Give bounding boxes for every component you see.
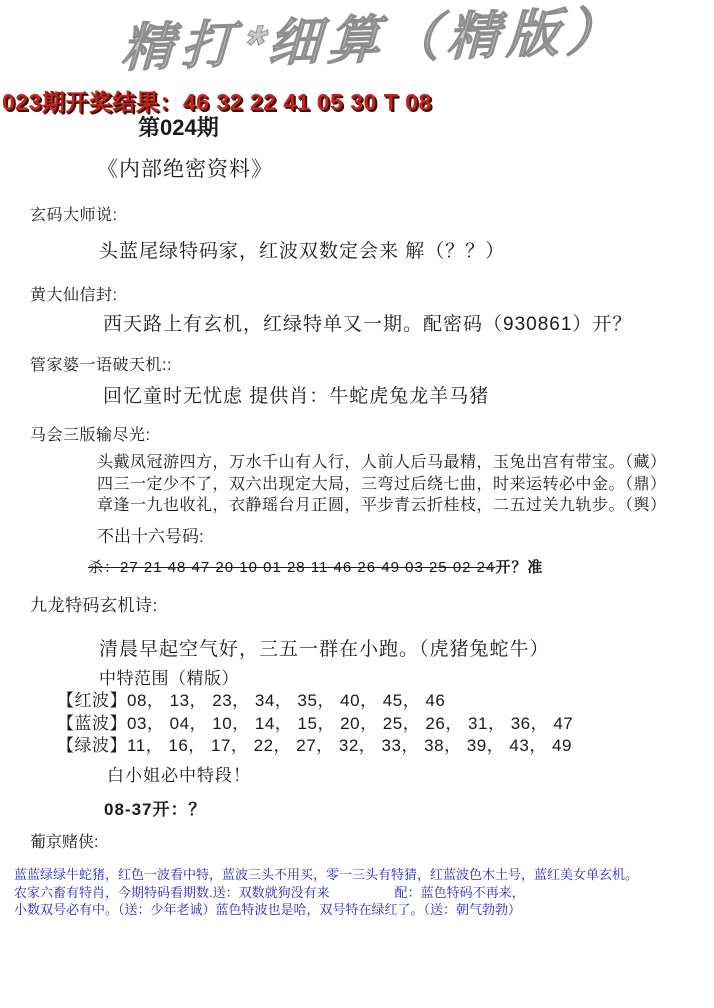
wave-row-blue: 【蓝波】03， 04， 10， 14， 15， 20， 25， 26， 31， … (57, 713, 573, 736)
kill-numbers-line: 杀：27 21 48 47 20 10 01 28 11 46 26 49 03… (88, 556, 543, 577)
poem-line: 章逢一九也收礼，衣静瑶台月正圆，平步青云折桂枝，二五过关九轨步。（舆） (97, 495, 667, 517)
page-title-sketch: 精打*细算（精版） (116, 0, 642, 81)
mahui-poem: 头戴凤冠游四方，万水千山有人行，人前人后马最精，玉兔出宫有带宝。（藏） 四三一定… (97, 452, 667, 517)
issue-number: 第024期 (138, 111, 219, 142)
section-line-huangdaxian: 西天路上有玄机，红绿特单又一期。配密码（930861）开？ (103, 309, 632, 336)
wave-label: 【绿波】 (57, 736, 127, 755)
wave-numbers: 11， 16， 17， 22， 27， 32， 33， 38， 39， 43， … (127, 736, 572, 755)
section-heading-xuanma: 玄码大师说: (30, 202, 117, 225)
section-heading-guanjiapo: 管家婆一语破天机:: (30, 352, 172, 375)
pujing-verse: 蓝蓝绿绿牛蛇猪，红色一波看中特，蓝波三头不用买，零一三头有特猜，红蓝波色木土号，… (14, 866, 638, 919)
section-line-xuanma: 头蓝尾绿特码家，红波双数定会来 解（？？） (99, 236, 505, 263)
wave-label: 【红波】 (57, 691, 127, 710)
secret-material-title: 《内部绝密资料》 (97, 153, 273, 183)
baixiaojie-line: 白小姐必中特段！ (107, 761, 251, 786)
poem-line: 头戴凤冠游四方，万水千山有人行，人前人后马最精，玉兔出宫有带宝。（藏） (97, 452, 667, 474)
section-heading-mahui: 马会三版输尽光: (30, 422, 150, 445)
special-range-open: 08-37开：？ (104, 795, 206, 820)
wave-row-red: 【红波】08， 13， 23， 34， 35， 40， 45， 46 (57, 690, 573, 713)
pujing-line: 小数双号必有中。（送：少年老诚）蓝色特波也是哈，双号特在绿红了。（送：朝气勃勃） (14, 901, 638, 919)
poem-line: 四三一定少不了，双六出现定大局，三弯过后绕七曲，时来运转必中金。（鼎） (97, 474, 667, 496)
section-heading-jiulong: 九龙特码玄机诗: (30, 591, 158, 616)
section-line-jiulong: 清晨早起空气好，三五一群在小跑。（虎猪兔蛇牛） (99, 634, 550, 661)
section-heading-huangdaxian: 黄大仙信封: (30, 282, 117, 305)
section-heading-pujing: 葡京赌侠: (30, 829, 98, 852)
exclude-numbers-subheading: 不出十六号码: (97, 522, 204, 547)
wave-label: 【蓝波】 (57, 714, 127, 733)
wave-numbers: 03， 04， 10， 14， 15， 20， 25， 26， 31， 36， … (127, 714, 573, 733)
lottery-tip-sheet: 精打*细算（精版） 023期开奖结果：46 32 22 41 05 30 T 0… (0, 0, 714, 1008)
wave-numbers: 08， 13， 23， 34， 35， 40， 45， 46 (127, 691, 445, 710)
range-title: 中特范围（精版） (99, 664, 239, 689)
section-line-guanjiapo: 回忆童时无忧虑 提供肖：牛蛇虎兔龙羊马猪 (103, 381, 489, 408)
wave-number-list: 【红波】08， 13， 23， 34， 35， 40， 45， 46 【蓝波】0… (57, 690, 573, 758)
kill-numbers-struck: 杀：27 21 48 47 20 10 01 28 11 46 26 49 03… (88, 559, 495, 576)
wave-row-green: 【绿波】11， 16， 17， 22， 27， 32， 33， 38， 39， … (57, 735, 573, 758)
pujing-line: 农家六畜有特肖，今期特码看期数.送：双数就狗没有来 配：蓝色特码不再来， (14, 884, 638, 902)
kill-numbers-suffix: 开？准 (495, 559, 543, 576)
pujing-line: 蓝蓝绿绿牛蛇猪，红色一波看中特，蓝波三头不用买，零一三头有特猜，红蓝波色木土号，… (14, 866, 638, 884)
